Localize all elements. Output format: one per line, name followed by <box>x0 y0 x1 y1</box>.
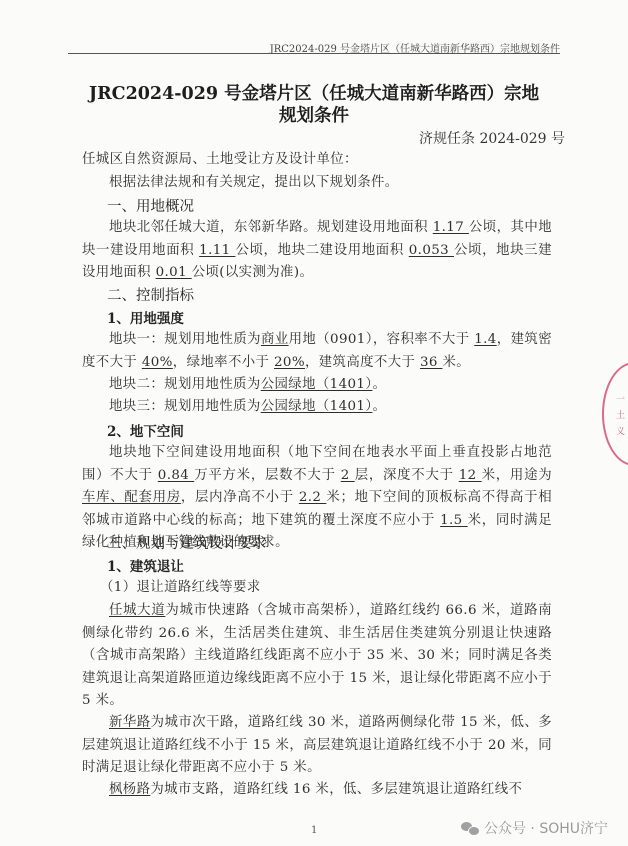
total-area-value: 1.17 <box>433 220 469 235</box>
section-heading-land-overview: 一、用地概况 <box>107 195 194 216</box>
watermark-text: 公众号 · SOHU济宁 <box>484 818 608 838</box>
setback-item-1: （1）退让道路红线等要求 <box>100 577 540 600</box>
plot3-area-value: 0.01 <box>156 265 192 280</box>
section-heading-control-indicators: 二、控制指标 <box>107 284 194 305</box>
intro-paragraph: 根据法律法规和有关规定，提出以下规划条件。 <box>82 172 552 195</box>
document-title: JRC2024-029 号金塔片区（任城大道南新华路西）宗地 <box>0 83 628 105</box>
subheading-building-setback: 1、建筑退让 <box>107 555 184 575</box>
header-rule <box>68 53 560 54</box>
green-ratio-value: 20% <box>274 355 305 370</box>
far-value: 1.4 <box>474 332 497 347</box>
density-value: 40% <box>142 355 173 370</box>
plot2-paragraph: 地块二：规划用地性质为公园绿地（1401）。 <box>82 374 552 397</box>
plot1-paragraph: 地块一：规划用地性质为商业用地（0901），容积率不大于 1.4，建筑密度不大于… <box>82 329 552 374</box>
plot1-area-value: 1.11 <box>199 243 235 258</box>
page-number: 1 <box>311 825 317 836</box>
road-rencheng-paragraph: 任城大道为城市快速路（含城市高架桥），道路红线约 66.6 米，道路南侧绿化带约… <box>82 600 552 713</box>
land-overview-paragraph: 地块北邻任城大道，东邻新华路。规划建设用地面积 1.17 公顷，其中地块一建设用… <box>82 217 552 285</box>
height-value: 36 <box>420 355 443 370</box>
road-xinhua-paragraph: 新华路为城市次干路，道路红线 30 米，道路两侧绿化带 15 米，低、多层建筑退… <box>82 712 552 780</box>
addressee: 任城区自然资源局、土地受让方及设计单位： <box>82 149 552 172</box>
document-title-line2: 规划条件 <box>0 105 628 127</box>
subheading-land-intensity: 1、用地强度 <box>107 307 184 327</box>
road-fengyang-paragraph: 枫杨路为城市支路，道路红线 16 米，低、多层建筑退让道路红线不 <box>82 779 552 802</box>
official-seal-stamp: 一 土 义 <box>602 362 628 466</box>
section-heading-design-requirements: 三、规划与建筑设计要求 <box>107 532 267 553</box>
subheading-underground-space: 2、地下空间 <box>107 420 184 440</box>
watermark: 公众号 · SOHU济宁 <box>461 818 608 838</box>
plot2-area-value: 0.053 <box>409 243 454 258</box>
wechat-icon <box>461 821 479 835</box>
plot3-paragraph: 地块三：规划用地性质为公园绿地（1401）。 <box>82 396 552 419</box>
document-number: 济规任条 2024-029 号 <box>419 128 565 148</box>
